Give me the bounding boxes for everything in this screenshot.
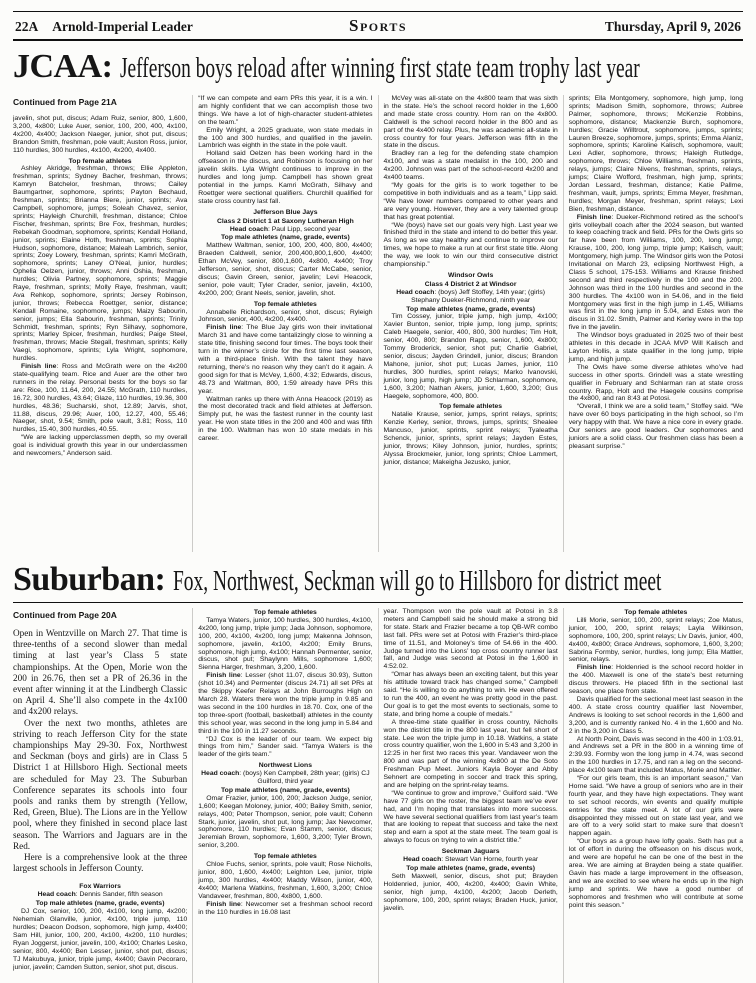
page: 22A Arnold-Imperial Leader Sports Thursd…	[0, 11, 756, 983]
coach-line: Head coach: (boys) Jeff Stoffey, 14th ye…	[384, 289, 558, 305]
body-paragraph: A three-time state qualifier in cross co…	[384, 719, 558, 790]
section-subhead: Top male athletes (name, grade, events)	[384, 865, 558, 873]
masthead-left: 22A Arnold-Imperial Leader	[15, 19, 349, 35]
body-paragraph: The Windsor boys graduated in 2025 two o…	[569, 332, 743, 364]
newspaper-page: { "masthead": { "page_label": "22A", "pa…	[0, 0, 756, 983]
bold-lead: Head coach	[403, 856, 441, 863]
section-subhead: Top male athletes (name, grade, events)	[198, 234, 372, 242]
body-paragraph: Over the next two months, athletes are s…	[13, 718, 187, 852]
section-subhead: Top female athletes	[384, 403, 558, 411]
bold-lead: Finish line	[577, 214, 612, 221]
body-paragraph: Finish line: Lesser (shot 11.07, discus …	[198, 672, 372, 735]
body-paragraph: “We continue to grow and improve,” Guilf…	[384, 790, 558, 845]
body-paragraph: Here is a comprehensive look at the thre…	[13, 852, 187, 874]
body-paragraph: Holland said Oelzen has been working har…	[198, 150, 372, 205]
body-paragraph: Omar Frazier, junior, 100, 200; Jackson …	[198, 795, 372, 850]
body-paragraph: Bradley ran a leg for the defending stat…	[384, 150, 558, 182]
body-paragraph: javelin, shot put, discus; Adam Ruiz, se…	[13, 115, 187, 155]
section-subhead: Class 2 District 1 at Saxony Lutheran Hi…	[198, 218, 372, 226]
section-subhead: Top female athletes	[198, 301, 372, 309]
body-paragraph: Matthew Waltman, senior, 100, 200, 400, …	[198, 242, 372, 297]
body-paragraph: Open in Wentzville on March 27. That tim…	[13, 628, 187, 718]
body-paragraph: “DJ Cox is the leader of our team. We ex…	[198, 736, 372, 760]
text-column: Top female athletesLilli Morie, senior, …	[563, 608, 743, 983]
bold-lead: Finish line	[577, 664, 612, 671]
section-subhead: Northwest Lions	[198, 762, 372, 770]
bold-lead: Finish line	[21, 363, 56, 370]
section-title: Sports	[349, 16, 407, 36]
body-paragraph: year. Thompson won the pole vault at Pot…	[384, 608, 558, 671]
story1-columns: Continued from Page 21Ajavelin, shot put…	[13, 95, 743, 552]
bold-lead: Head coach	[396, 289, 434, 296]
continued-from-label: Continued from Page 21A	[13, 97, 187, 107]
body-paragraph: Davis qualified for the sectional meet l…	[569, 696, 743, 736]
body-paragraph: The Owls have some diverse athletes who’…	[569, 364, 743, 404]
body-paragraph: Seth Maxwell, senior, discus, shot put; …	[384, 873, 558, 913]
body-paragraph: Annabelle Richardson, senior, shot, disc…	[198, 309, 372, 325]
text-column: Top female athletesTamya Waters, junior,…	[192, 608, 377, 983]
story2-kicker: Suburban:	[13, 561, 165, 599]
body-paragraph: “For our girls team, this is an importan…	[569, 775, 743, 838]
body-paragraph: Finish line: Newcomer set a freshman sch…	[198, 901, 372, 917]
text-column: Continued from Page 20AOpen in Wentzvill…	[13, 608, 192, 983]
masthead: 22A Arnold-Imperial Leader Sports Thursd…	[13, 11, 743, 41]
body-paragraph: Lilli Morie, senior, 100, 200, sprint re…	[569, 617, 743, 664]
coach-line: Head coach: Dennis Sander, fifth season	[13, 891, 187, 899]
text-column: Continued from Page 21Ajavelin, shot put…	[13, 95, 192, 552]
coach-line: Head coach: (boys) Ken Campbell, 28th ye…	[198, 770, 372, 786]
story2-columns: Continued from Page 20AOpen in Wentzvill…	[13, 608, 743, 983]
story2-headline: Suburban: Fox, Northwest, Seckman will g…	[13, 561, 743, 599]
body-paragraph: “If we can compete and earn PRs this yea…	[198, 95, 372, 127]
story1-kicker: JCAA:	[13, 48, 112, 86]
text-column: sprints; Ella Montgomery, sophomore, hig…	[563, 95, 743, 552]
body-paragraph: McVey was all-state on the 4x800 team th…	[384, 95, 558, 150]
body-paragraph: DJ Cox, senior, 100, 200, 4x100, long ju…	[13, 908, 187, 971]
section-subhead: Top female athletes	[569, 609, 743, 617]
body-paragraph: “We are lacking upperclassmen depth, so …	[13, 434, 187, 458]
horizontal-rule	[13, 602, 743, 603]
body-paragraph: “We (boys) have set our goals very high.…	[384, 222, 558, 269]
section-subhead: Top female athletes	[13, 158, 187, 166]
story2-headline-text: Fox, Northwest, Seckman will go to Hills…	[173, 565, 661, 598]
bold-lead: Finish line	[206, 901, 241, 908]
bold-lead: Finish line	[206, 672, 240, 679]
body-paragraph: Finish line: The Blue Jay girls won thei…	[198, 324, 372, 395]
body-paragraph: Finish line: Holdenried is the school re…	[569, 664, 743, 696]
body-paragraph: At North Point, Davis was second in the …	[569, 736, 743, 776]
body-paragraph: Tamya Waters, junior, 100 hurdles, 300 h…	[198, 617, 372, 672]
body-paragraph: “Overall, I think we are a solid team,” …	[569, 403, 743, 450]
text-column: year. Thompson won the pole vault at Pot…	[378, 608, 563, 983]
continued-from-label: Continued from Page 20A	[13, 610, 187, 620]
story1-headline: JCAA: Jefferson boys reload after winnin…	[13, 48, 743, 86]
bold-lead: Head coach	[201, 770, 239, 777]
section-subhead: Top male athletes (name, grade, events)	[13, 900, 187, 908]
text-column: “If we can compete and earn PRs this yea…	[192, 95, 377, 552]
body-paragraph: “Our boys as a group have lofty goals. S…	[569, 838, 743, 909]
section-subhead: Windsor Owls	[384, 272, 558, 280]
section-subhead: Top male athletes (name, grade, events)	[384, 306, 558, 314]
body-paragraph: Waltman ranks up there with Anna Heacock…	[198, 396, 372, 443]
body-paragraph: Emily Wright, a 2025 graduate, won state…	[198, 127, 372, 151]
bold-lead: Head coach	[230, 226, 268, 233]
section-subhead: Top female athletes	[198, 609, 372, 617]
body-paragraph: Finish line: Ross and McGrath were on th…	[13, 363, 187, 434]
body-paragraph: Chloe Fuchs, senior, sprints, pole vault…	[198, 861, 372, 901]
body-paragraph: “Omar has always been an exciting talent…	[384, 671, 558, 718]
body-paragraph: sprints; Ella Montgomery, sophomore, hig…	[569, 95, 743, 214]
bold-lead: Head coach	[38, 891, 76, 898]
body-paragraph: Finish line: Dueker-Richmond retired as …	[569, 214, 743, 333]
bold-lead: Finish line	[206, 324, 241, 331]
section-subhead: Fox Warriors	[13, 883, 187, 891]
body-paragraph: Tim Cossey, junior, triple jump, high ju…	[384, 313, 558, 400]
section-subhead: Class 4 District 2 at Windsor	[384, 281, 558, 289]
newspaper-name: Arnold-Imperial Leader	[52, 19, 193, 35]
issue-date: Thursday, April 9, 2026	[407, 19, 741, 35]
text-column: McVey was all-state on the 4x800 team th…	[378, 95, 563, 552]
section-subhead: Seckman Jaguars	[384, 848, 558, 856]
body-paragraph: “My goals for the girls is to work toget…	[384, 182, 558, 222]
coach-line: Head coach: Paul Lipp, second year	[198, 226, 372, 234]
section-subhead: Top male athletes (name, grade, events)	[198, 787, 372, 795]
story1-headline-text: Jefferson boys reload after winning firs…	[120, 52, 640, 85]
section-subhead: Jefferson Blue Jays	[198, 209, 372, 217]
body-paragraph: Ashley Akridge, freshman, throws; Ellie …	[13, 165, 187, 363]
body-paragraph: Natalie Krause, senior, jumps, sprint re…	[384, 411, 558, 466]
section-subhead: Top female athletes	[198, 853, 372, 861]
coach-line: Head coach: Stewart Van Horne, fourth ye…	[384, 856, 558, 864]
page-number: 22A	[15, 19, 38, 35]
